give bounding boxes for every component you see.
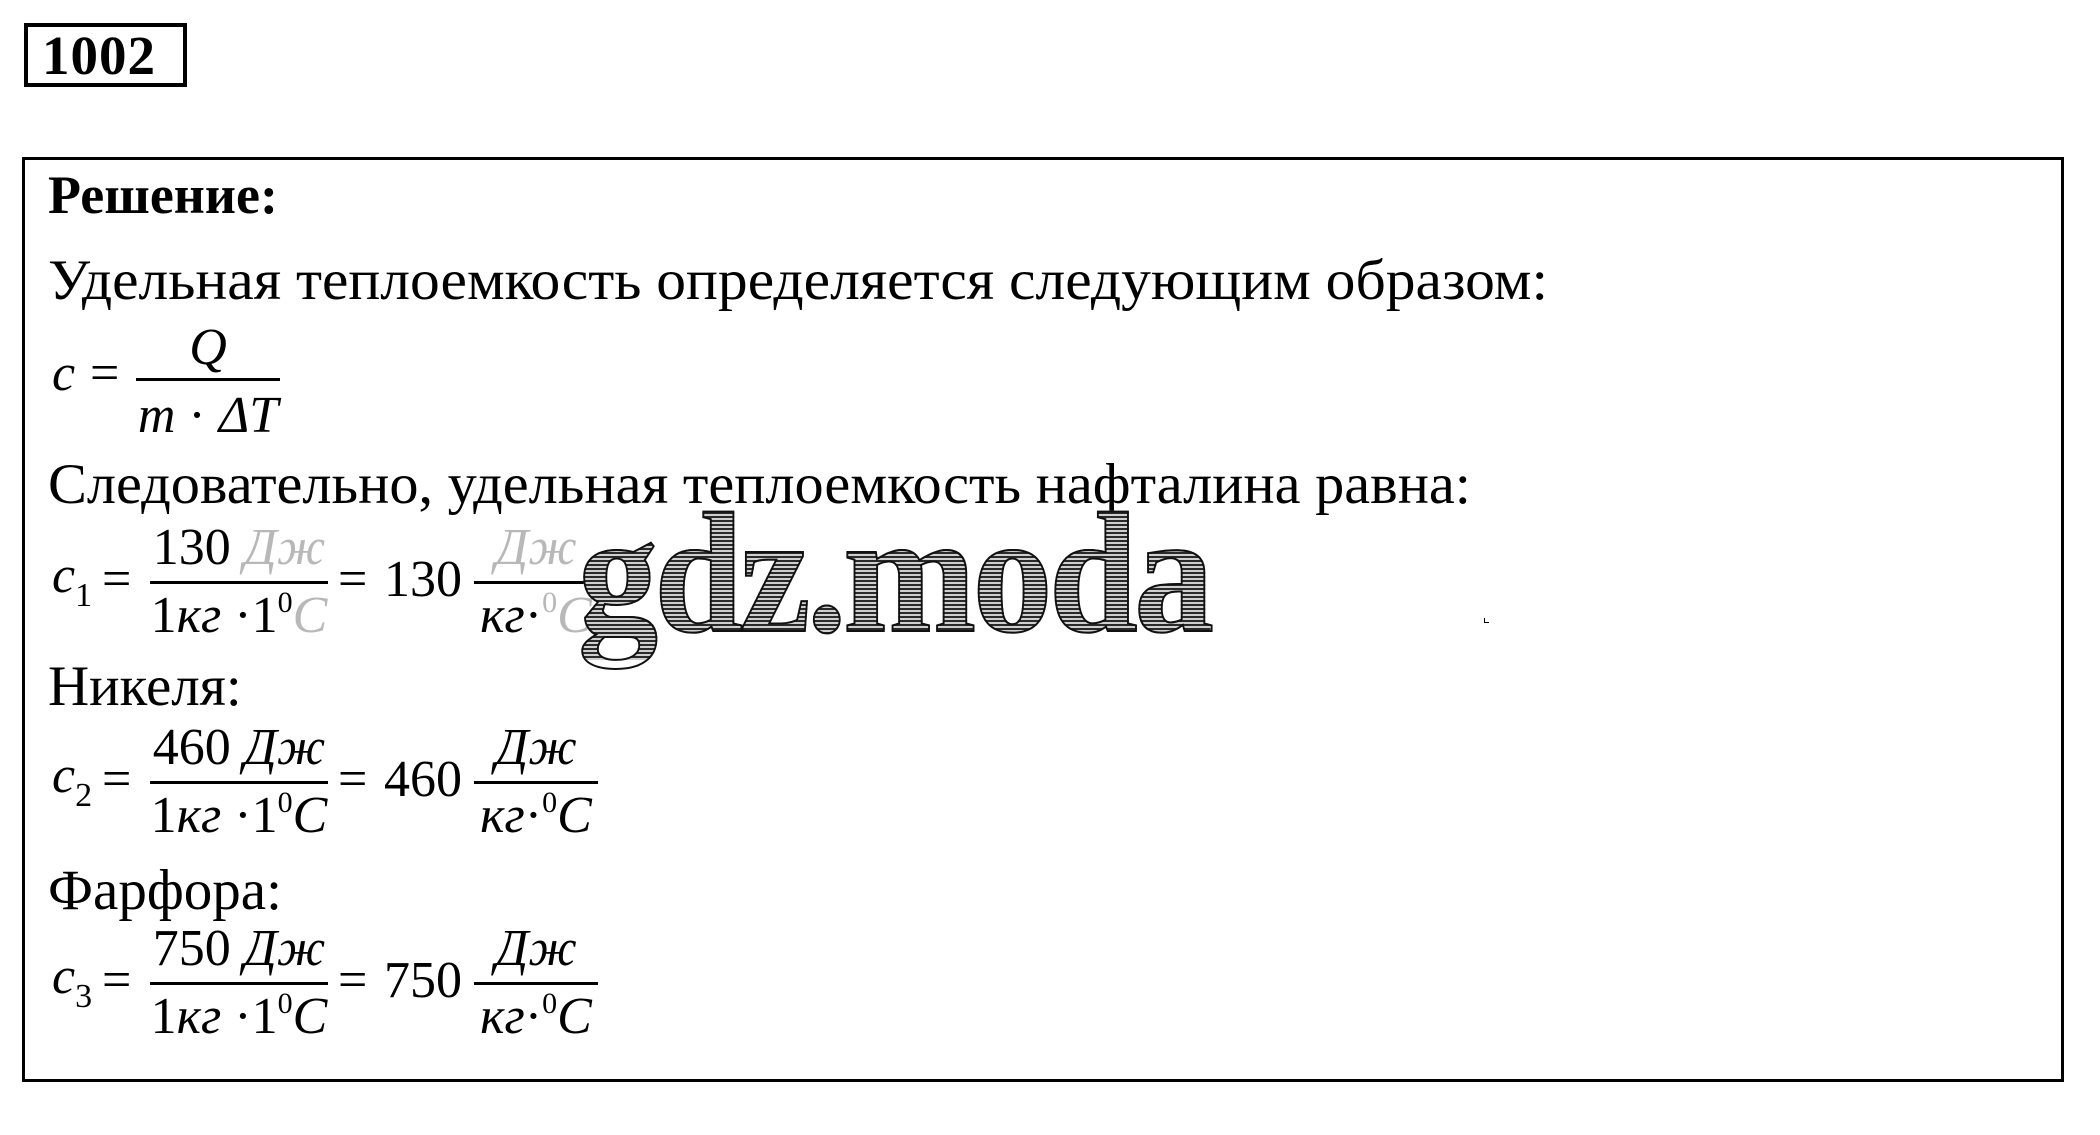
numerator: Q bbox=[136, 322, 280, 374]
formula-lhs: c bbox=[52, 348, 75, 400]
problem-number: 1002 bbox=[42, 28, 156, 84]
watermark: gdz.moda bbox=[578, 488, 1210, 660]
equals-sign: = bbox=[102, 955, 131, 1007]
unit-numerator: Дж bbox=[474, 923, 598, 975]
result-value: 460 bbox=[384, 754, 462, 806]
equals-sign: = bbox=[102, 554, 131, 606]
equals-sign: = bbox=[338, 554, 367, 606]
equals-sign: = bbox=[102, 754, 131, 806]
ratio-fraction: 460 Дж1кг ·10C bbox=[150, 722, 328, 847]
equals-sign: = bbox=[90, 348, 119, 400]
intro-text: Удельная теплоемкость определяется следу… bbox=[48, 252, 1548, 309]
fraction-bar bbox=[150, 781, 328, 784]
unit-fraction: Джкг·0C bbox=[474, 923, 598, 1048]
unit-denominator: кг·0C bbox=[474, 991, 598, 1043]
fraction-bar bbox=[150, 581, 328, 584]
formula-symbol: c3 bbox=[52, 951, 92, 1003]
result-value: 750 bbox=[384, 955, 462, 1007]
equals-sign: = bbox=[338, 754, 367, 806]
material-label: Фарфора: bbox=[48, 862, 282, 919]
unit-numerator: Дж bbox=[474, 722, 598, 774]
solution-heading: Решение: bbox=[48, 168, 278, 222]
material-label: Никеля: bbox=[48, 658, 242, 715]
general-fraction: Q m · ΔT bbox=[136, 322, 280, 442]
fraction-bar bbox=[474, 781, 598, 784]
unit-fraction: Джкг·0C bbox=[474, 722, 598, 847]
ratio-fraction: 130 Дж1кг ·10C bbox=[150, 522, 328, 647]
equals-sign: = bbox=[338, 955, 367, 1007]
fraction-bar bbox=[150, 982, 328, 985]
fraction-bar bbox=[136, 378, 280, 381]
result-value: 130 bbox=[384, 554, 462, 606]
denominator: m · ΔT bbox=[136, 390, 280, 442]
fraction-denominator: 1кг ·10C bbox=[150, 790, 328, 842]
scan-artifact bbox=[1484, 618, 1489, 623]
fraction-bar bbox=[474, 982, 598, 985]
fraction-numerator: 460 Дж bbox=[150, 722, 328, 774]
fraction-numerator: 130 Дж bbox=[150, 522, 328, 574]
problem-number-box: 1002 bbox=[24, 23, 187, 87]
ratio-fraction: 750 Дж1кг ·10C bbox=[150, 923, 328, 1048]
fraction-numerator: 750 Дж bbox=[150, 923, 328, 975]
formula-symbol: c1 bbox=[52, 550, 92, 602]
unit-denominator: кг·0C bbox=[474, 790, 598, 842]
fraction-denominator: 1кг ·10C bbox=[150, 991, 328, 1043]
fraction-denominator: 1кг ·10C bbox=[150, 590, 328, 642]
formula-symbol: c2 bbox=[52, 750, 92, 802]
